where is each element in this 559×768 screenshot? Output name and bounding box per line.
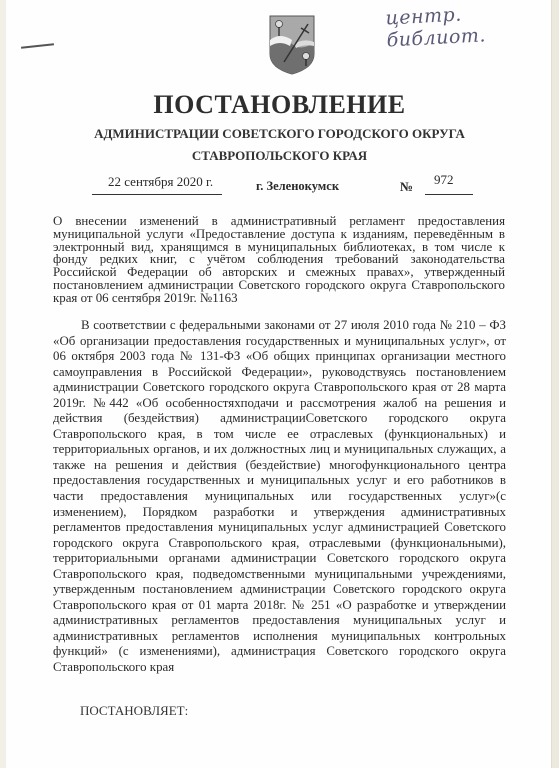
document-title: ПОСТАНОВЛЕНИЕ <box>0 90 559 120</box>
document-subject: О внесении изменений в административный … <box>53 215 505 305</box>
date-underline <box>92 194 222 195</box>
number-label: № <box>400 179 413 195</box>
resolves-heading: ПОСТАНОВЛЯЕТ: <box>80 703 188 719</box>
number-underline <box>425 194 473 195</box>
document-body: В соответствии с федеральными законами о… <box>53 318 506 676</box>
issuer-line-2: СТАВРОПОЛЬСКОГО КРАЯ <box>0 148 559 164</box>
pen-dash-mark <box>21 43 54 48</box>
document-number: 972 <box>434 172 454 188</box>
document-date: 22 сентября 2020 г. <box>108 174 213 190</box>
issuer-line-1: АДМИНИСТРАЦИИ СОВЕТСКОГО ГОРОДСКОГО ОКРУ… <box>0 126 559 142</box>
document-city: г. Зеленокумск <box>256 179 339 194</box>
document-page: центр. библиот. ПОСТАНОВЛЕНИЕ АДМИНИСТРА… <box>0 0 559 768</box>
coat-of-arms-icon <box>268 14 316 76</box>
handwritten-note: центр. библиот. <box>385 0 559 51</box>
date-row: 22 сентября 2020 г. г. Зеленокумск № 972 <box>0 174 559 204</box>
